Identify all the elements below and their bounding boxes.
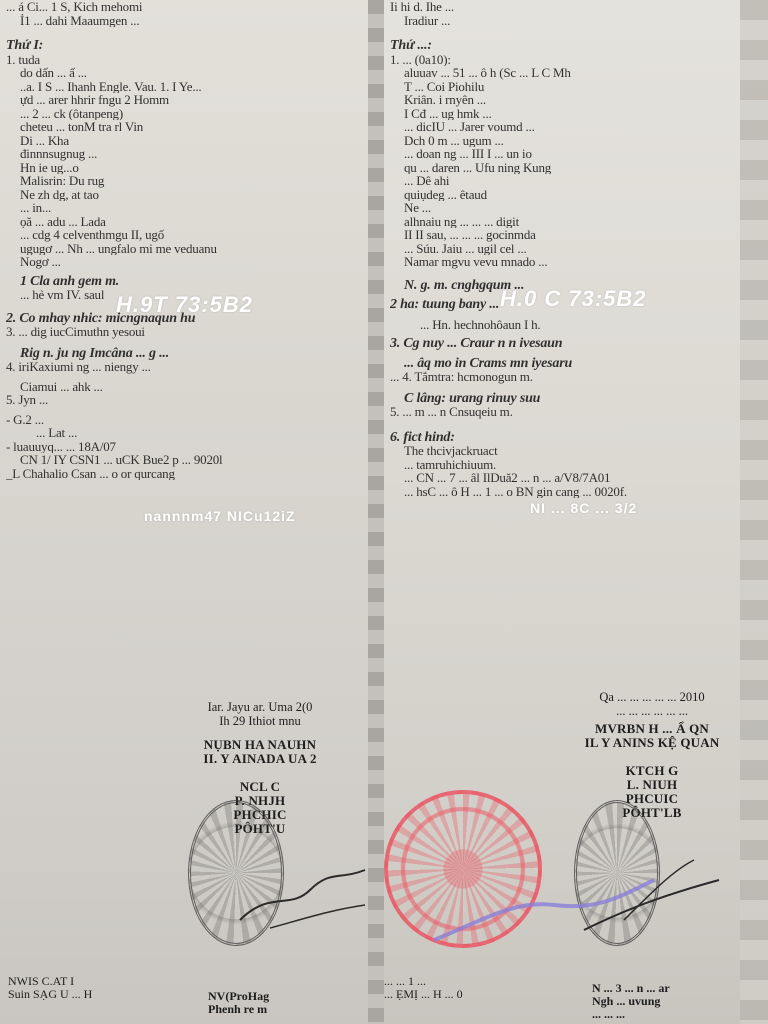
- text-line: I Cđ ... ug hmk ...: [390, 107, 740, 121]
- text-line: Di ... Kha: [6, 134, 356, 148]
- page-gutter: [368, 0, 384, 1024]
- text-line: do dấn ... ấ ...: [6, 66, 356, 80]
- text-line: quiụdeg ... êtaud: [390, 188, 740, 202]
- text-line: Ne zh dg, at tao: [6, 188, 356, 202]
- authority-name: MVRBN H ... Ẩ QN: [552, 722, 752, 736]
- item-line: The thcivjackruact: [390, 444, 740, 458]
- item-line: - luauuyq... ... 18A/07: [6, 440, 356, 454]
- text-line: Nogơ ...: [6, 255, 356, 269]
- text-line: ..a. I S ... Ihanh Engle. Vau. 1. I Ye..…: [6, 80, 356, 94]
- signer-title: NCL C: [150, 780, 368, 794]
- text-line: ugugơ ... Nh ... ungfalo mi me veduanu: [6, 242, 356, 256]
- text-line: ọă ... adu ... Lada: [6, 215, 356, 229]
- footer-right: N ... 3 ... n ... ar Ngh ... uvung ... .…: [592, 982, 670, 1021]
- footer-right: NV(ProHag Phenh re m: [208, 990, 269, 1016]
- text-line: qu ... daren ... Ufu ning Kung: [390, 161, 740, 175]
- header-line: ... á Ci... 1 S, Kich mehomi: [6, 0, 356, 14]
- item-line: ... 4. Tắmtra: hcmonogun m.: [390, 370, 740, 384]
- item-line: 3. Cg nuy ... Craur n n ivesaun: [390, 337, 740, 351]
- text-line: Kriân. i rnyên ...: [390, 93, 740, 107]
- signature-block: Qa ... ... ... ... ... 2010 ... ... ... …: [552, 690, 752, 820]
- footer-line: Suin SẠG U ... H: [8, 988, 92, 1001]
- item-line: ... tamruhichiuum.: [390, 458, 740, 472]
- left-page: ... á Ci... 1 S, Kich mehomi Ỉ1 ... dahi…: [0, 0, 368, 1024]
- item-line: Ciamui ... ahk ...: [6, 380, 356, 394]
- authority-name: NỤBN HA NAUHN: [150, 738, 368, 752]
- text-line: ... dicIU ... Jarer voumd ...: [390, 120, 740, 134]
- footer-left: NWIS C.AT I Suin SẠG U ... H: [8, 975, 92, 1001]
- text-line: Ne ...: [390, 201, 740, 215]
- date-line: ... ... ... ... ... ...: [552, 704, 752, 718]
- date-line: Ih 29 Ithiot mnu: [150, 714, 368, 728]
- text-line: ... cdg 4 celventhmgu II, ugố: [6, 228, 356, 242]
- footer-line: ... ... ...: [592, 1008, 670, 1021]
- item-line: ... Hn. hechnohôaun I h.: [390, 318, 740, 332]
- authority-name: IL Y ANINS KỆ QUAN: [552, 736, 752, 750]
- watermark-code: H.0 C 73:5B2: [500, 286, 647, 312]
- item-line: 5. ... m ... n Cnsuqeiu m.: [390, 405, 740, 419]
- text-line: 1. tuda: [6, 53, 356, 67]
- text-line: ... doan ng ... III I ... un io: [390, 147, 740, 161]
- watermark-center: NI ... 8C ... 3/2: [530, 500, 637, 516]
- text-line: đinnnsugnug ...: [6, 147, 356, 161]
- item-line: ... Lat ...: [6, 426, 356, 440]
- official-stamp-icon: [574, 800, 660, 946]
- text-line: alhnaiu ng ... ... ... digit: [390, 215, 740, 229]
- header-line: Ỉ1 ... dahi Maaumgen ...: [6, 14, 356, 28]
- item-line: 4. iriKaxiumi ng ... niengy ...: [6, 360, 356, 374]
- signer-title: KTCH G: [552, 764, 752, 778]
- footer-line: ... ẸMỊ ... H ... 0: [384, 988, 463, 1001]
- watermark-center: nannnm47 NICu12iZ: [144, 508, 296, 524]
- section-heading: Thứ ...:: [390, 39, 740, 53]
- text-line: cheteu ... tonM tra rl Vin: [6, 120, 356, 134]
- item-line: - G.2 ...: [6, 413, 356, 427]
- date-line: Qa ... ... ... ... ... 2010: [552, 690, 752, 704]
- signer-title: PHCUIC: [552, 792, 752, 806]
- text-line: ựd ... arer hhrir fngu 2 Homm: [6, 93, 356, 107]
- text-line: Namar mgvu vevu mnado ...: [390, 255, 740, 269]
- red-stamp-icon: [384, 790, 542, 948]
- text-line: T ... Coi Piohilu: [390, 80, 740, 94]
- section-heading: Thứ I:: [6, 39, 356, 53]
- signer-title: PÔHT'LB: [552, 806, 752, 820]
- authority-name: II. Y AINADA UA 2: [150, 752, 368, 766]
- item-line: Rig n. ju ng Imcâna ... g ...: [6, 347, 356, 361]
- official-stamp-icon: [188, 800, 284, 946]
- date-line: Iar. Jayu ar. Uma 2(0: [150, 700, 368, 714]
- text-line: ... Dê ahi: [390, 174, 740, 188]
- item-line: _L Chahalio Csan ... o or qurcang: [6, 467, 356, 481]
- text-line: Malisrin: Du rug: [6, 174, 356, 188]
- item-line: 3. ... dig iucCimuthn yesoui: [6, 325, 356, 339]
- signer-title: P. NHJH: [150, 794, 368, 808]
- item-line: ... hsC ... ô H ... 1 ... o BN gin cang …: [390, 485, 740, 499]
- page-edge-shadow: [740, 0, 768, 1024]
- item-line: ... âq mo in Crams mn iyesaru: [390, 357, 740, 371]
- text-line: Dch 0 m ... ugum ...: [390, 134, 740, 148]
- text-line: aluuav ... 51 ... ô h (Sc ... L C Mh: [390, 66, 740, 80]
- header-line: Iradiur ...: [390, 14, 740, 28]
- text-line: ... Súu. Jaiu ... ugil cel ...: [390, 242, 740, 256]
- item-line: 1 Cla anh gem m.: [6, 275, 356, 289]
- text-line: Hn ie ug...o: [6, 161, 356, 175]
- footer-left: ... ... 1 ... ... ẸMỊ ... H ... 0: [384, 975, 463, 1001]
- item-line: C lâng: urang rinuy suu: [390, 392, 740, 406]
- right-page: Ii hi d. Ihe ... Iradiur ... Thứ ...: 1.…: [384, 0, 768, 1024]
- left-page-text: ... á Ci... 1 S, Kich mehomi Ỉ1 ... dahi…: [6, 0, 356, 480]
- item-line: 6. fict hind:: [390, 431, 740, 445]
- footer-line: Phenh re m: [208, 1003, 269, 1016]
- text-line: 1. ... (0a10):: [390, 53, 740, 67]
- text-line: ... 2 ... ck (ôtanpeng): [6, 107, 356, 121]
- header-line: Ii hi d. Ihe ...: [390, 0, 740, 14]
- item-line: CN 1/ IY CSN1 ... uCK Bue2 p ... 9020l: [6, 453, 356, 467]
- text-line: II II sau, ... ... ... gocinmda: [390, 228, 740, 242]
- right-page-text: Ii hi d. Ihe ... Iradiur ... Thứ ...: 1.…: [390, 0, 740, 498]
- item-line: 5. Jyn ...: [6, 393, 356, 407]
- watermark-code: H.9T 73:5B2: [116, 292, 253, 318]
- signer-title: L. NIUH: [552, 778, 752, 792]
- text-line: ... in...: [6, 201, 356, 215]
- item-line: ... CN ... 7 ... âl IlDuă2 ... n ... a/V…: [390, 471, 740, 485]
